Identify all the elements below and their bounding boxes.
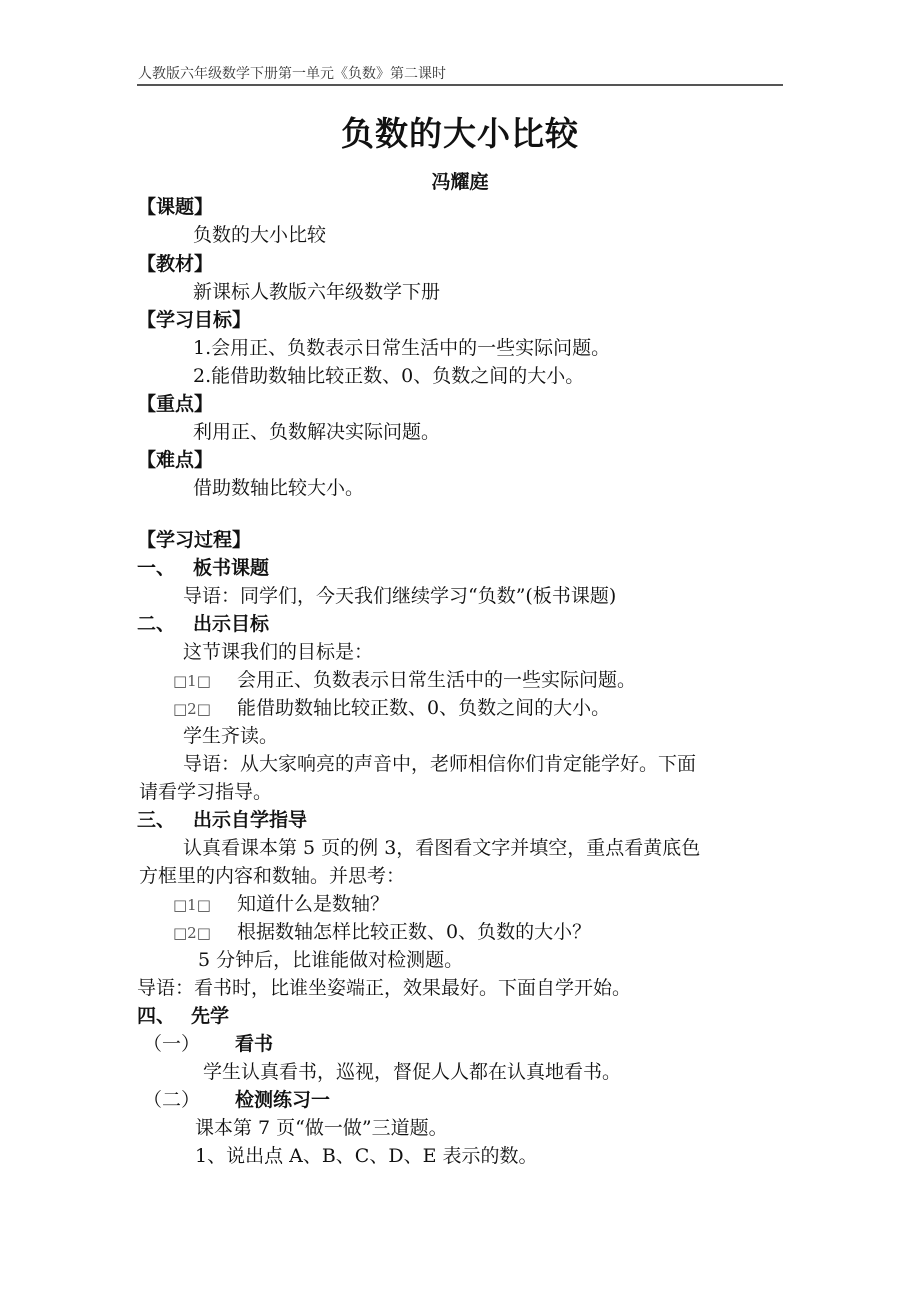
item-text: 知道什么是数轴？ xyxy=(237,893,389,915)
objectives-heading: 【学习目标】 xyxy=(137,306,251,334)
step-title: 出示目标 xyxy=(193,613,269,635)
sub-title: 检测练习一 xyxy=(235,1089,330,1111)
step2-read: 学生齐读。 xyxy=(183,722,278,750)
step-number: 四、 xyxy=(137,1002,191,1030)
step2-item: □1□会用正、负数表示日常生活中的一些实际问题。 xyxy=(173,666,636,695)
step-title: 先学 xyxy=(191,1005,229,1027)
item-marker: □1□ xyxy=(173,667,237,695)
textbook-heading: 【教材】 xyxy=(137,250,213,278)
step4-sub2-text: 课本第 7 页“做一做”三道题。 xyxy=(195,1114,448,1142)
step-number: 二、 xyxy=(137,610,193,638)
step3-item: □2□根据数轴怎样比较正数、0、负数的大小？ xyxy=(173,918,591,947)
topic-text: 负数的大小比较 xyxy=(193,221,326,249)
item-text: 会用正、负数表示日常生活中的一些实际问题。 xyxy=(237,669,636,691)
item-text: 根据数轴怎样比较正数、0、负数的大小？ xyxy=(237,921,591,943)
step-title: 板书课题 xyxy=(193,557,269,579)
step3-item: □1□知道什么是数轴？ xyxy=(173,890,389,919)
page-title: 负数的大小比较 xyxy=(0,108,920,155)
step-number: 三、 xyxy=(137,806,193,834)
step2-intro: 这节课我们的目标是： xyxy=(183,638,373,666)
step3-heading: 三、出示自学指导 xyxy=(137,806,307,834)
step2-lead-line1: 导语：从大家响亮的声音中，老师相信你们肯定能学好。下面 xyxy=(183,750,696,778)
difficulty-text: 借助数轴比较大小。 xyxy=(193,474,364,502)
item-marker: □1□ xyxy=(173,891,237,919)
header-rule xyxy=(137,84,783,86)
key-point-text: 利用正、负数解决实际问题。 xyxy=(193,418,440,446)
step-number: 一、 xyxy=(137,554,193,582)
sub-number: （二） xyxy=(143,1086,235,1114)
step3-lead: 导语：看书时，比谁坐姿端正，效果最好。下面自学开始。 xyxy=(137,974,631,1002)
step-title: 出示自学指导 xyxy=(193,809,307,831)
process-heading: 【学习过程】 xyxy=(137,526,251,554)
item-marker: □2□ xyxy=(173,695,237,723)
step2-heading: 二、出示目标 xyxy=(137,610,269,638)
step1-lead: 导语：同学们，今天我们继续学习“负数”(板书课题) xyxy=(183,582,616,610)
step2-lead-line2: 请看学习指导。 xyxy=(139,778,272,806)
key-point-heading: 【重点】 xyxy=(137,390,213,418)
difficulty-heading: 【难点】 xyxy=(137,446,213,474)
sub-number: （一） xyxy=(143,1030,235,1058)
step4-sub1-heading: （一）看书 xyxy=(143,1030,273,1058)
objective-item: 1.会用正、负数表示日常生活中的一些实际问题。 xyxy=(193,334,610,362)
running-header: 人教版六年级数学下册第一单元《负数》第二课时 xyxy=(138,63,446,83)
objective-item: 2.能借助数轴比较正数、0、负数之间的大小。 xyxy=(193,362,584,390)
step3-para-line2: 方框里的内容和数轴。并思考： xyxy=(139,862,405,890)
step4-sub2-heading: （二）检测练习一 xyxy=(143,1086,330,1114)
textbook-text: 新课标人教版六年级数学下册 xyxy=(193,278,440,306)
step1-heading: 一、板书课题 xyxy=(137,554,269,582)
step4-sub1-text: 学生认真看书，巡视，督促人人都在认真地看书。 xyxy=(203,1058,621,1086)
step4-heading: 四、先学 xyxy=(137,1002,229,1030)
sub-title: 看书 xyxy=(235,1033,273,1055)
step3-time: 5 分钟后，比谁能做对检测题。 xyxy=(198,946,463,974)
author: 冯耀庭 xyxy=(0,167,920,194)
step3-para-line1: 认真看课本第 5 页的例 3，看图看文字并填空，重点看黄底色 xyxy=(183,834,700,862)
step2-item: □2□能借助数轴比较正数、0、负数之间的大小。 xyxy=(173,694,610,723)
item-marker: □2□ xyxy=(173,919,237,947)
item-text: 能借助数轴比较正数、0、负数之间的大小。 xyxy=(237,697,610,719)
topic-heading: 【课题】 xyxy=(137,193,213,221)
step4-sub2-question1: 1、说出点 A、B、C、D、E 表示的数。 xyxy=(195,1142,538,1170)
